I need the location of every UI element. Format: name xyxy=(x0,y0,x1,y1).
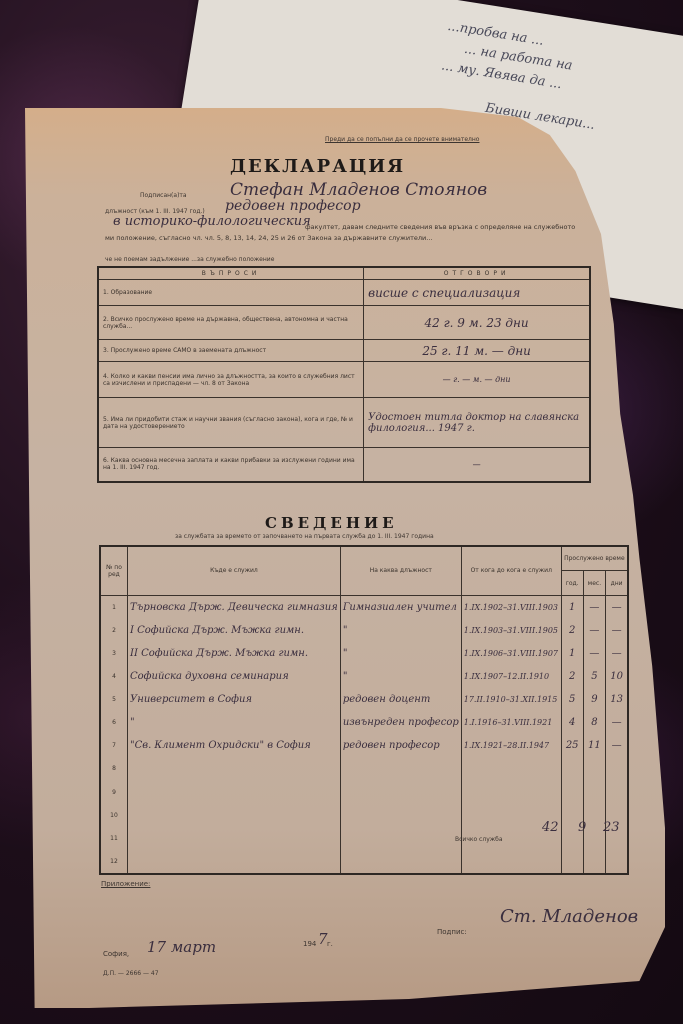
intro-text: факултет, давам следните сведения във вр… xyxy=(105,222,585,244)
row-days: — xyxy=(606,642,628,665)
section-title: СВЕДЕНИЕ xyxy=(265,514,398,532)
table-row: 9 xyxy=(100,780,628,803)
served-header: Прослужено време xyxy=(561,546,628,571)
header-note: Преди да се попълни да се прочете внимат… xyxy=(325,136,479,143)
row-period xyxy=(461,850,561,874)
row-days: — xyxy=(606,595,628,619)
row-days: 10 xyxy=(606,665,628,688)
row-number: 7 xyxy=(100,734,128,757)
table-row: 2I Софийска Държ. Мъжка гимн."1.IX.1903–… xyxy=(100,619,628,642)
answer: 42 г. 9 м. 23 дни xyxy=(364,306,590,340)
row-days xyxy=(606,757,628,780)
position-header: На каква длъжност xyxy=(340,546,461,595)
total-days: 23 xyxy=(603,820,620,835)
row-position: редовен доцент xyxy=(340,688,461,711)
row-where: II Софийска Държ. Мъжка гимн. xyxy=(128,642,341,665)
row-position: извънреден професор xyxy=(340,711,461,734)
where-header: Къде е служил xyxy=(128,546,341,595)
years-header: год. xyxy=(561,571,583,595)
row-where: Софийска духовна семинария xyxy=(128,665,341,688)
row-years: 2 xyxy=(561,665,583,688)
row-number: 9 xyxy=(100,780,128,803)
row-position xyxy=(340,827,461,850)
table-row: 8 xyxy=(100,757,628,780)
total-months: 9 xyxy=(578,820,586,835)
row-number: 6 xyxy=(100,711,128,734)
row-days: — xyxy=(606,734,628,757)
year-prefix: 194 xyxy=(303,940,316,948)
row-position: Гимназиален учител xyxy=(340,595,461,619)
answer: — xyxy=(364,448,590,482)
answer: Удостоен титла доктор на славянска филол… xyxy=(364,398,590,448)
row-months xyxy=(583,757,606,780)
row-period: 1.IX.1921–28.II.1947 xyxy=(461,734,561,757)
row-period: 1.I.1916–31.VIII.1921 xyxy=(461,711,561,734)
row-period xyxy=(461,757,561,780)
question: 3. Прослужено време САМО в заемената длъ… xyxy=(98,340,364,362)
name-label: Подписан(а)та xyxy=(140,192,187,199)
print-mark: Д.П. — 2666 — 47 xyxy=(103,970,159,977)
row-where: " xyxy=(128,711,341,734)
row-where xyxy=(128,757,341,780)
row-where: Университет в София xyxy=(128,688,341,711)
table-row: 7"Св. Климент Охридски" в Софияредовен п… xyxy=(100,734,628,757)
questions-header: ВЪПРОСИ xyxy=(98,267,364,280)
row-period: 1.IX.1903–31.VIII.1905 xyxy=(461,619,561,642)
section-subtitle: за службата за времето от започването на… xyxy=(175,533,434,540)
row-days xyxy=(606,850,628,874)
row-months: — xyxy=(583,642,606,665)
row-position: " xyxy=(340,642,461,665)
row-months xyxy=(583,850,606,874)
row-number: 12 xyxy=(100,850,128,874)
row-months: 8 xyxy=(583,711,606,734)
question: 5. Има ли придобити стаж и научни звания… xyxy=(98,398,364,448)
row-position: редовен професор xyxy=(340,734,461,757)
row-years xyxy=(561,757,583,780)
row-days: 13 xyxy=(606,688,628,711)
row-position: " xyxy=(340,619,461,642)
row-period: 17.II.1910–31.XII.1915 xyxy=(461,688,561,711)
row-where xyxy=(128,780,341,803)
row-where: "Св. Климент Охридски" в София xyxy=(128,734,341,757)
row-number: 4 xyxy=(100,665,128,688)
table-row: 12 xyxy=(100,850,628,874)
row-number: 10 xyxy=(100,804,128,827)
answers-header: ОТГОВОРИ xyxy=(364,267,590,280)
question: 4. Колко и какви пенсии има лично за длъ… xyxy=(98,362,364,398)
attachments-label: Приложение: xyxy=(101,880,150,888)
row-years xyxy=(561,850,583,874)
row-years: 1 xyxy=(561,642,583,665)
row-number: 5 xyxy=(100,688,128,711)
row-years: 25 xyxy=(561,734,583,757)
question: 2. Всичко прослужено време на държавна, … xyxy=(98,306,364,340)
table-row: 5Университет в Софияредовен доцент17.II.… xyxy=(100,688,628,711)
position-handwritten: редовен професор xyxy=(225,198,361,214)
table-row: 1Търновска Държ. Девическа гимназияГимна… xyxy=(100,595,628,619)
name-handwritten: Стефан Младенов Стоянов xyxy=(230,180,487,200)
table-row: 6"извънреден професор1.I.1916–31.VIII.19… xyxy=(100,711,628,734)
row-where xyxy=(128,850,341,874)
row-years: 2 xyxy=(561,619,583,642)
row-months: — xyxy=(583,595,606,619)
answer: висше с специализация xyxy=(364,280,590,306)
row-position xyxy=(340,780,461,803)
row-years xyxy=(561,780,583,803)
row-months: 11 xyxy=(583,734,606,757)
row-where xyxy=(128,827,341,850)
period-header: От кога до кога е служил xyxy=(461,546,561,595)
row-years: 4 xyxy=(561,711,583,734)
row-number: 2 xyxy=(100,619,128,642)
total-years: 42 xyxy=(542,820,559,835)
signature-label: Подпис: xyxy=(437,928,467,936)
table-row: 4Софийска духовна семинария"1.IX.1907–12… xyxy=(100,665,628,688)
declaration-document: Преди да се попълни да се прочете внимат… xyxy=(25,108,665,1008)
signature: Ст. Младенов xyxy=(500,906,638,927)
letter-line: ...пробва на ... xyxy=(446,19,544,49)
row-years: 1 xyxy=(561,595,583,619)
row-months xyxy=(583,780,606,803)
row-position: " xyxy=(340,665,461,688)
row-days: — xyxy=(606,619,628,642)
questions-table: ВЪПРОСИ ОТГОВОРИ 1. Образованиевисше с с… xyxy=(97,266,591,483)
row-number: 11 xyxy=(100,827,128,850)
date-handwritten: 17 март xyxy=(147,938,216,956)
row-where: I Софийска Държ. Мъжка гимн. xyxy=(128,619,341,642)
question: 6. Каква основна месечна заплата и какви… xyxy=(98,448,364,482)
year-suffix: г. xyxy=(327,940,333,948)
row-position xyxy=(340,804,461,827)
row-number: 1 xyxy=(100,595,128,619)
row-months: 9 xyxy=(583,688,606,711)
row-position xyxy=(340,850,461,874)
answer: 25 г. 11 м. — дни xyxy=(364,340,590,362)
row-period: 1.IX.1902–31.VIII.1903 xyxy=(461,595,561,619)
total-label: Всичко служба xyxy=(455,836,503,843)
row-months: 5 xyxy=(583,665,606,688)
days-header: дни xyxy=(606,571,628,595)
row-where xyxy=(128,804,341,827)
num-header: № по ред xyxy=(100,546,128,595)
row-period: 1.IX.1906–31.VIII.1907 xyxy=(461,642,561,665)
row-months: — xyxy=(583,619,606,642)
answer: — г. — м. — дни xyxy=(364,362,590,398)
table-row: 3II Софийска Държ. Мъжка гимн."1.IX.1906… xyxy=(100,642,628,665)
row-where: Търновска Държ. Девическа гимназия xyxy=(128,595,341,619)
row-position xyxy=(340,757,461,780)
row-years: 5 xyxy=(561,688,583,711)
intro-closing: че не поемам задължение ...за служебно п… xyxy=(105,256,274,263)
row-period xyxy=(461,780,561,803)
question: 1. Образование xyxy=(98,280,364,306)
row-days: — xyxy=(606,711,628,734)
place-label: София, xyxy=(103,950,129,958)
row-period: 1.IX.1907–12.II.1910 xyxy=(461,665,561,688)
row-days xyxy=(606,780,628,803)
document-title: ДЕКЛАРАЦИЯ xyxy=(230,156,405,177)
row-number: 3 xyxy=(100,642,128,665)
row-number: 8 xyxy=(100,757,128,780)
months-header: мес. xyxy=(583,571,606,595)
